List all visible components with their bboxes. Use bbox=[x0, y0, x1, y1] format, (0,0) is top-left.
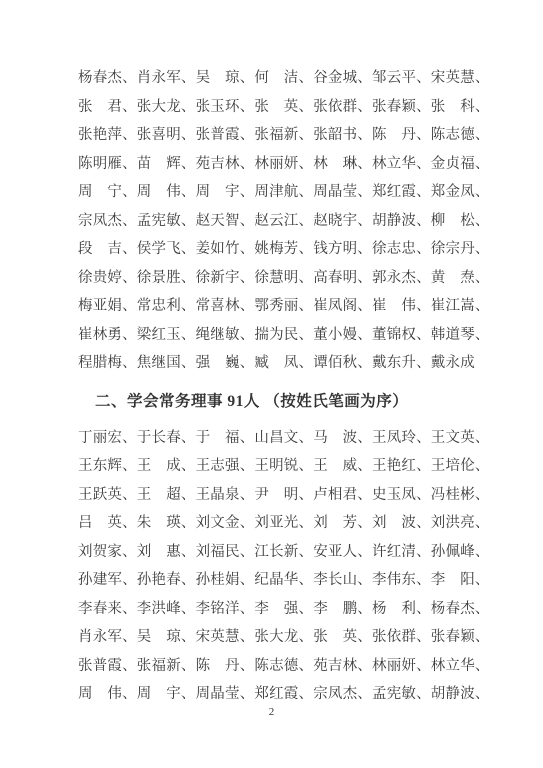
section-heading: 二、学会常务理事 91人 （按姓氏笔画为序） bbox=[78, 391, 492, 413]
name-line: 张 君、张大龙、张玉环、张 英、张依群、张春颖、张 科、 bbox=[78, 93, 492, 122]
name-line: 陈明雁、苗 辉、苑吉林、林丽妍、林 琳、林立华、金贞福、 bbox=[78, 150, 492, 179]
name-line: 崔林勇、梁红玉、绳继敏、揣为民、董小嫚、董锦权、韩道琴、 bbox=[78, 321, 492, 350]
page-content: 杨春杰、肖永军、吴 琼、何 洁、谷金城、邹云平、宋英慧、 张 君、张大龙、张玉环… bbox=[78, 64, 492, 709]
name-line: 周 宁、周 伟、周 宇、周津航、周晶莹、郑红霞、郑金凤、 bbox=[78, 178, 492, 207]
name-line: 周 伟、周 宇、周晶莹、郑红霞、宗凤杰、孟宪敏、胡静波、 bbox=[78, 680, 492, 709]
name-list-top: 杨春杰、肖永军、吴 琼、何 洁、谷金城、邹云平、宋英慧、 张 君、张大龙、张玉环… bbox=[78, 64, 492, 378]
name-line: 张艳萍、张喜明、张普霞、张福新、张韶书、陈 丹、陈志德、 bbox=[78, 121, 492, 150]
page-number: 2 bbox=[0, 706, 543, 718]
name-line: 丁丽宏、于长春、于 福、山昌文、马 波、王凤玲、王文英、 bbox=[78, 424, 492, 453]
name-line: 肖永军、吴 琼、宋英慧、张大龙、张 英、张依群、张春颖、 bbox=[78, 623, 492, 652]
name-line: 孙建军、孙艳春、孙桂娟、纪晶华、李长山、李伟东、李 阳、 bbox=[78, 566, 492, 595]
name-line: 李春来、李洪峰、李铭洋、李 强、李 鹏、杨 利、杨春杰、 bbox=[78, 595, 492, 624]
name-line: 吕 英、朱 瑛、刘文金、刘亚光、刘 芳、刘 波、刘洪亮、 bbox=[78, 509, 492, 538]
name-line: 徐贵婷、徐景胜、徐新宇、徐慧明、高春明、郭永杰、黄 焘、 bbox=[78, 264, 492, 293]
name-line: 张普霞、张福新、陈 丹、陈志德、苑吉林、林丽妍、林立华、 bbox=[78, 652, 492, 681]
name-line: 王东辉、王 成、王志强、王明锐、王 威、王艳红、王培伦、 bbox=[78, 452, 492, 481]
name-line: 刘贺家、刘 惠、刘福民、江长新、安亚人、许红清、孙佩峰、 bbox=[78, 538, 492, 567]
name-line: 梅亚娟、常忠利、常喜林、鄂秀丽、崔凤阁、崔 伟、崔江嵩、 bbox=[78, 292, 492, 321]
name-list-bottom: 丁丽宏、于长春、于 福、山昌文、马 波、王凤玲、王文英、 王东辉、王 成、王志强… bbox=[78, 424, 492, 709]
name-line: 杨春杰、肖永军、吴 琼、何 洁、谷金城、邹云平、宋英慧、 bbox=[78, 64, 492, 93]
name-line: 王跃英、王 超、王晶泉、尹 明、卢相君、史玉凤、冯桂彬、 bbox=[78, 481, 492, 510]
name-line: 程腊梅、焦继国、强 巍、臧 凤、谭佰秋、戴东升、戴永成 bbox=[78, 349, 492, 378]
name-line: 段 吉、侯学飞、姜如竹、姚梅芳、钱方明、徐志忠、徐宗丹、 bbox=[78, 235, 492, 264]
name-line: 宗凤杰、孟宪敏、赵天智、赵云江、赵晓宇、胡静波、柳 松、 bbox=[78, 207, 492, 236]
document-page: 杨春杰、肖永军、吴 琼、何 洁、谷金城、邹云平、宋英慧、 张 君、张大龙、张玉环… bbox=[0, 0, 543, 768]
